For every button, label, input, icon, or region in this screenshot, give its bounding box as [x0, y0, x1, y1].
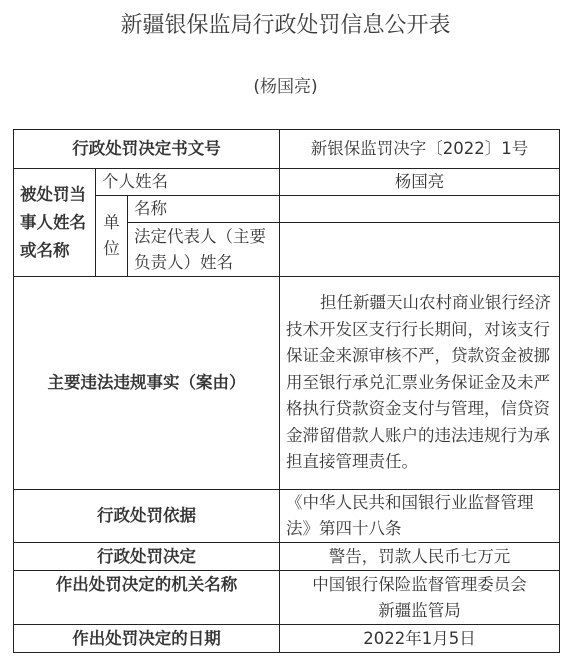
facts-text: 担任新疆天山农村商业银行经济技术开发区支行行长期间，对该支行保证金来源审核不严，…: [286, 293, 551, 471]
unit-label-line: 位: [96, 236, 127, 262]
decision-value: 警告，罚款人民币七万元: [280, 543, 560, 571]
decision-label: 行政处罚决定: [14, 543, 280, 571]
facts-value: 担任新疆天山农村商业银行经济技术开发区支行行长期间，对该支行保证金来源审核不严，…: [280, 277, 560, 490]
unit-label-line: 单: [96, 210, 127, 236]
basis-value: 《中华人民共和国银行业监督管理法》第四十八条: [280, 490, 560, 543]
table-row: 行政处罚决定 警告，罚款人民币七万元: [14, 543, 560, 571]
table-row: 被处罚当 事人姓名 或名称 个人姓名 杨国亮: [14, 169, 560, 196]
legal-rep-label-line: 负责人）姓名: [134, 250, 279, 276]
legal-rep-label: 法定代表人（主要 负责人）姓名: [128, 223, 280, 277]
table-row: 主要违法违规事实（案由） 担任新疆天山农村商业银行经济技术开发区支行行长期间，对…: [14, 277, 560, 490]
unit-name-value: [280, 196, 560, 223]
party-label-line: 事人姓名: [20, 209, 95, 237]
date-label: 作出处罚决定的日期: [14, 625, 280, 653]
legal-rep-label-line: 法定代表人（主要: [134, 224, 279, 250]
decision-number-value: 新银保监罚决字〔2022〕1号: [280, 130, 560, 169]
facts-label: 主要违法违规事实（案由）: [14, 277, 280, 490]
table-row: 作出处罚决定的机关名称 中国银行保险监督管理委员会 新疆监管局: [14, 571, 560, 625]
party-label-line: 或名称: [20, 237, 95, 265]
legal-rep-value: [280, 223, 560, 277]
authority-value: 中国银行保险监督管理委员会 新疆监管局: [280, 571, 560, 625]
authority-label: 作出处罚决定的机关名称: [14, 571, 280, 625]
decision-number-label: 行政处罚决定书文号: [14, 130, 280, 169]
date-value: 2022年1月5日: [280, 625, 560, 653]
table-row: 作出处罚决定的日期 2022年1月5日: [14, 625, 560, 653]
authority-value-line: 中国银行保险监督管理委员会: [280, 572, 559, 598]
unit-label: 单 位: [96, 196, 128, 277]
party-label: 被处罚当 事人姓名 或名称: [14, 169, 96, 277]
unit-name-label: 名称: [128, 196, 280, 223]
penalty-info-table: 行政处罚决定书文号 新银保监罚决字〔2022〕1号 被处罚当 事人姓名 或名称 …: [13, 129, 560, 653]
table-row: 行政处罚决定书文号 新银保监罚决字〔2022〕1号: [14, 130, 560, 169]
individual-name-value: 杨国亮: [280, 169, 560, 196]
authority-value-line: 新疆监管局: [280, 598, 559, 624]
party-label-line: 被处罚当: [20, 181, 95, 209]
document-subtitle: (杨国亮): [0, 72, 571, 97]
document-title: 新疆银保监局行政处罚信息公开表: [0, 8, 571, 39]
basis-label: 行政处罚依据: [14, 490, 280, 543]
table-row: 单 位 名称: [14, 196, 560, 223]
individual-name-label: 个人姓名: [96, 169, 280, 196]
table-row: 行政处罚依据 《中华人民共和国银行业监督管理法》第四十八条: [14, 490, 560, 543]
